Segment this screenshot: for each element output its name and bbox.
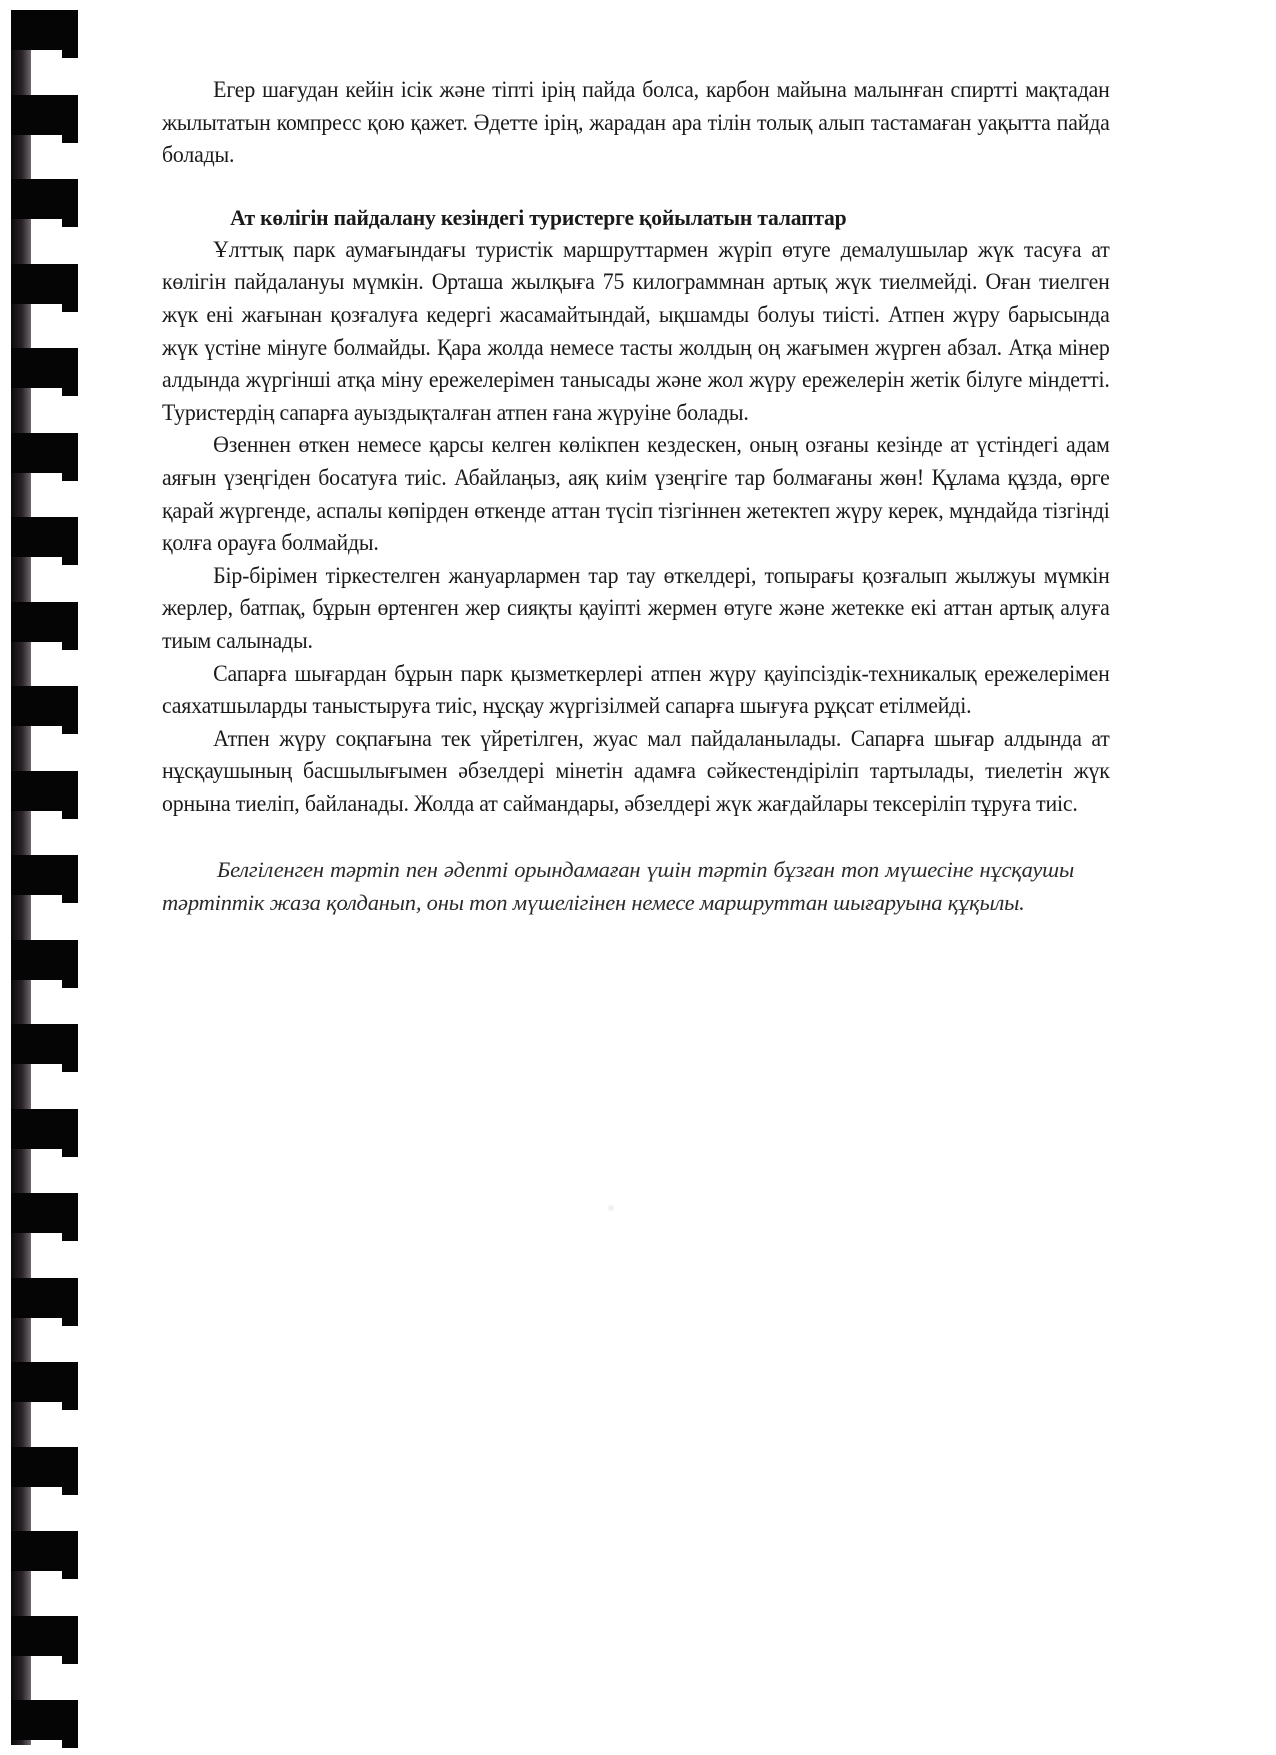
binding-tooth [11, 348, 78, 388]
section-paragraph-2: Өзеннен өткен немесе қарсы келген көлікп… [162, 429, 1110, 559]
binding-tooth [11, 1193, 78, 1233]
binding-tooth [11, 1447, 78, 1487]
binding-tooth [11, 1700, 78, 1740]
section-heading: Ат көлігін пайдалану кезіндегі туристерг… [162, 202, 1112, 234]
binding-tooth [11, 602, 78, 642]
binding-tooth [11, 264, 78, 304]
binding-tooth [11, 855, 78, 895]
binding-tooth [11, 1362, 78, 1402]
binding-tooth [11, 1616, 78, 1656]
binding-tooth [11, 1278, 78, 1318]
section-paragraph-1: Ұлттық парк аумағындағы туристік маршрут… [162, 234, 1110, 430]
binding-tooth [11, 940, 78, 980]
scan-artifact [608, 1205, 614, 1211]
intro-paragraph: Егер шағудан кейін ісік және тіпті ірің … [162, 74, 1110, 172]
document-body: Егер шағудан кейін ісік және тіпті ірің … [162, 74, 1110, 919]
binding-tooth [11, 10, 78, 50]
binding-tooth [11, 771, 78, 811]
section-paragraph-4: Сапарға шығардан бұрын парк қызметкерлер… [162, 658, 1110, 723]
binding-tooth [11, 1024, 78, 1064]
comb-binding [0, 0, 90, 1755]
section-paragraph-3: Бір-бірімен тіркестелген жануарлармен та… [162, 560, 1110, 658]
binding-tooth [11, 1531, 78, 1571]
binding-tooth [11, 1109, 78, 1149]
binding-tooth [11, 517, 78, 557]
binding-tooth [11, 433, 78, 473]
closing-note: Белгіленген тәртіп пен әдепті орындамаға… [162, 854, 1074, 919]
section-paragraph-5: Атпен жүру соқпағына тек үйретілген, жуа… [162, 723, 1110, 821]
binding-tooth [11, 686, 78, 726]
binding-tooth [11, 179, 78, 219]
binding-tooth [11, 95, 78, 135]
